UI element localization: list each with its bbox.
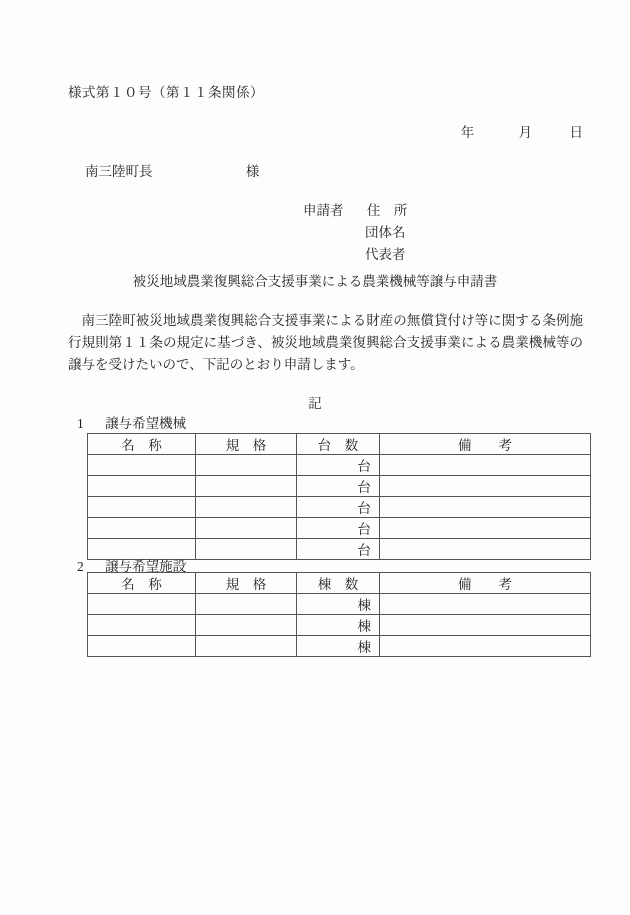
machine-spec-cell xyxy=(196,476,297,497)
month-label: 月 xyxy=(519,125,533,140)
machine-name-cell xyxy=(88,476,196,497)
applicant-block: 申請者 住 所 団体名 代表者 xyxy=(303,200,407,266)
table-row: 台 xyxy=(88,497,591,518)
record-mark: 記 xyxy=(0,392,630,412)
machine-name-cell xyxy=(88,455,196,476)
facility-spec-cell xyxy=(196,615,297,636)
body-paragraph: 南三陸町被災地域農業復興総合支援事業による財産の無償貸付け等に関する条例施行規則… xyxy=(68,310,583,376)
facilities-table: 名 称 規 格 棟 数 備 考 棟 棟 棟 xyxy=(87,572,591,657)
org-label: 団体名 xyxy=(365,222,407,244)
facility-count-cell: 棟 xyxy=(297,615,380,636)
facilities-header-row: 名 称 規 格 棟 数 備 考 xyxy=(88,573,591,594)
machine-spec-cell xyxy=(196,497,297,518)
section1-title: 譲与希望機械 xyxy=(105,416,186,431)
address-label: 住 所 xyxy=(367,203,408,218)
machine-count-cell: 台 xyxy=(297,497,380,518)
facility-spec-cell xyxy=(196,636,297,657)
machine-note-cell xyxy=(380,497,591,518)
facilities-header-spec: 規 格 xyxy=(196,573,297,594)
table-row: 棟 xyxy=(88,636,591,657)
facility-name-cell xyxy=(88,615,196,636)
applicant-label: 申請者 xyxy=(303,203,344,218)
machine-note-cell xyxy=(380,518,591,539)
addressee-line: 南三陸町長 様 xyxy=(85,160,259,180)
facility-note-cell xyxy=(380,615,591,636)
document-page: 様式第１０号（第１１条関係） 年 月 日 南三陸町長 様 申請者 住 所 団体名… xyxy=(0,0,630,915)
document-title: 被災地域農業復興総合支援事業による農業機械等譲与申請書 xyxy=(0,270,630,290)
facilities-header-count: 棟 数 xyxy=(297,573,380,594)
facilities-header-note: 備 考 xyxy=(380,573,591,594)
machine-note-cell xyxy=(380,476,591,497)
machine-spec-cell xyxy=(196,539,297,560)
machine-count-cell: 台 xyxy=(297,518,380,539)
form-number: 様式第１０号（第１１条関係） xyxy=(68,81,264,101)
facility-name-cell xyxy=(88,594,196,615)
date-line: 年 月 日 xyxy=(0,121,583,141)
facility-count-cell: 棟 xyxy=(297,636,380,657)
year-label: 年 xyxy=(461,125,475,140)
section1-number: 1 xyxy=(77,416,84,431)
facility-note-cell xyxy=(380,636,591,657)
machine-name-cell xyxy=(88,518,196,539)
machine-count-cell: 台 xyxy=(297,455,380,476)
machine-note-cell xyxy=(380,455,591,476)
facilities-header-name: 名 称 xyxy=(88,573,196,594)
machines-header-spec: 規 格 xyxy=(196,434,297,455)
table-row: 台 xyxy=(88,476,591,497)
section2-number: 2 xyxy=(77,559,84,574)
addressee-name: 南三陸町長 xyxy=(85,164,153,179)
section1-heading: 1 譲与希望機械 xyxy=(77,412,186,432)
machines-header-name: 名 称 xyxy=(88,434,196,455)
facility-note-cell xyxy=(380,594,591,615)
machines-header-count: 台 数 xyxy=(297,434,380,455)
facility-spec-cell xyxy=(196,594,297,615)
machine-name-cell xyxy=(88,497,196,518)
machines-header-row: 名 称 規 格 台 数 備 考 xyxy=(88,434,591,455)
machine-count-cell: 台 xyxy=(297,539,380,560)
table-row: 台 xyxy=(88,455,591,476)
table-row: 棟 xyxy=(88,615,591,636)
machine-spec-cell xyxy=(196,455,297,476)
machines-header-note: 備 考 xyxy=(380,434,591,455)
machines-table: 名 称 規 格 台 数 備 考 台 台 台 台 xyxy=(87,433,591,560)
addressee-honorific: 様 xyxy=(246,164,260,179)
facility-count-cell: 棟 xyxy=(297,594,380,615)
table-row: 台 xyxy=(88,518,591,539)
machine-count-cell: 台 xyxy=(297,476,380,497)
day-label: 日 xyxy=(570,125,584,140)
table-row: 棟 xyxy=(88,594,591,615)
applicant-row-address: 申請者 住 所 xyxy=(303,200,407,222)
facility-name-cell xyxy=(88,636,196,657)
machine-spec-cell xyxy=(196,518,297,539)
rep-label: 代表者 xyxy=(365,244,407,266)
machine-note-cell xyxy=(380,539,591,560)
